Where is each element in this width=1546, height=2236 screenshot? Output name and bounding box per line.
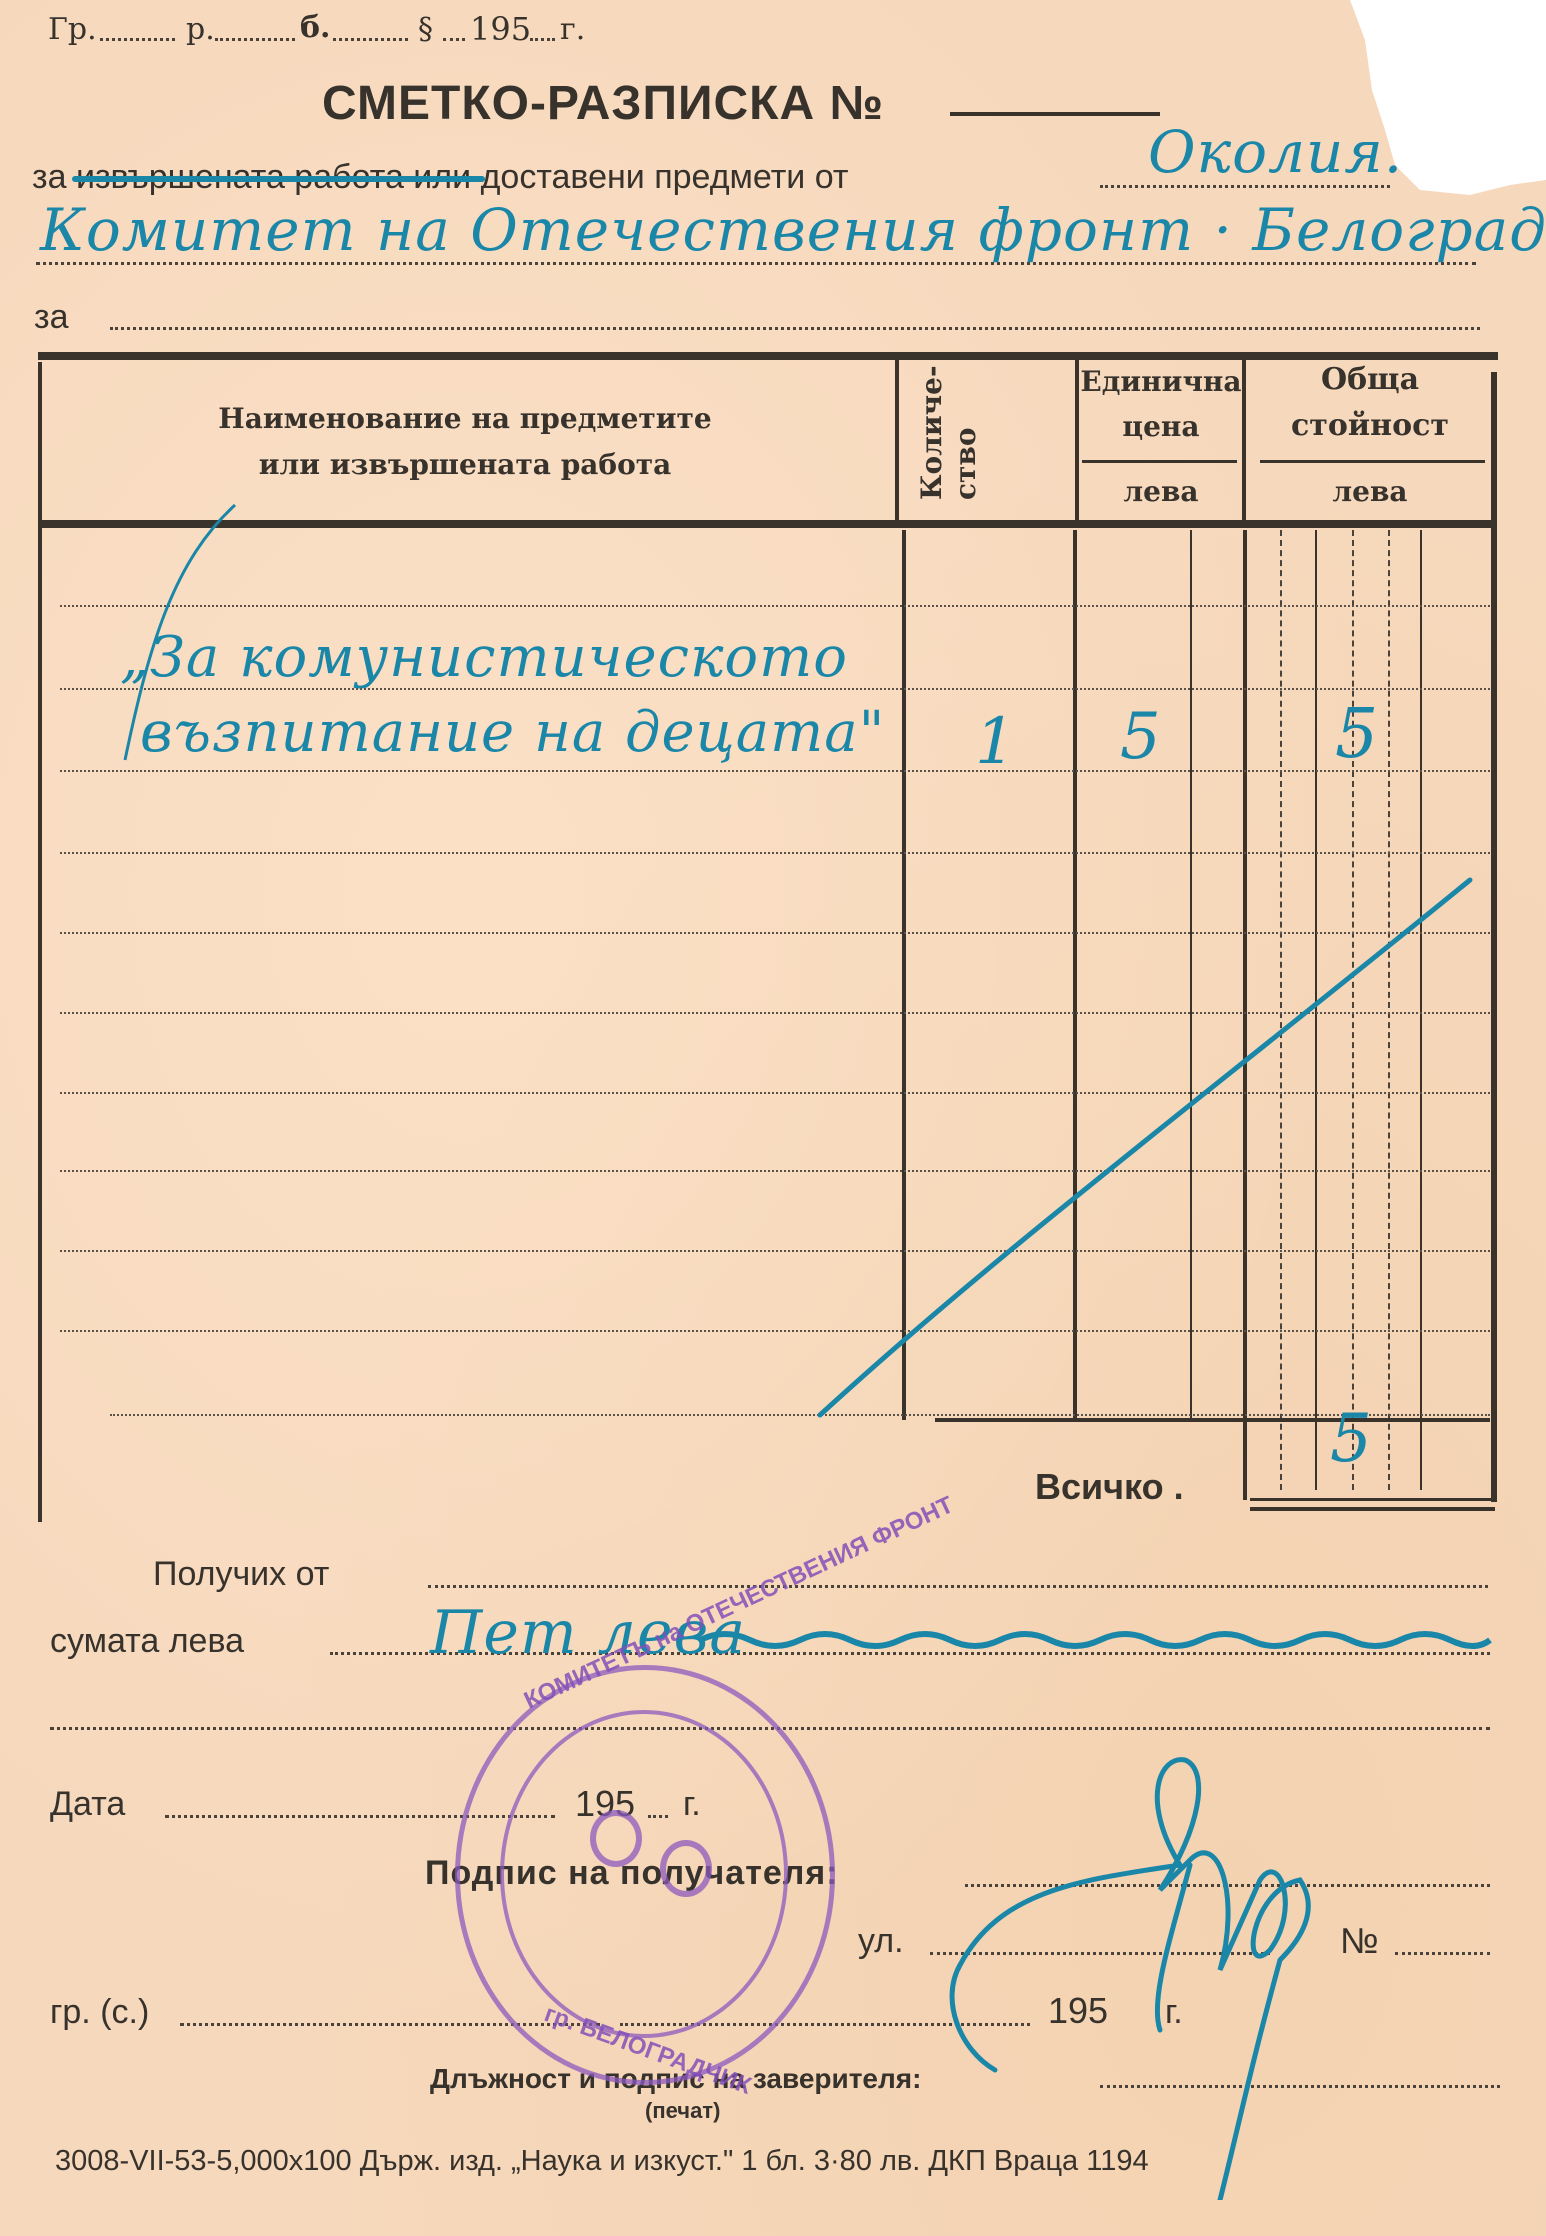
total-value: 5 <box>1330 1400 1373 1477</box>
total-line-1 <box>1250 1498 1495 1501</box>
received-from-field <box>428 1585 1488 1588</box>
paper-document: Гр. р. б. § 195 г. СМЕТКО-РАЗПИСКА № за … <box>0 0 1546 2236</box>
number-field <box>1395 1952 1490 1955</box>
official-stamp: КОМИТЕТЪ на ОТЕЧЕСТВЕНИЯ ФРОНТ гр. БЕЛОГ… <box>455 1665 835 2085</box>
city-label: гр. (с.) <box>50 1993 149 2032</box>
amount-wavy-line <box>700 1620 1540 1660</box>
total-label: Всичко . <box>1035 1466 1184 1508</box>
date-label: Дата <box>50 1785 125 1824</box>
stamp-inner-ring <box>500 1710 788 2038</box>
amount-label: сумата лева <box>50 1622 244 1661</box>
recipient-signature <box>920 1740 1320 2200</box>
received-from-label: Получих от <box>153 1555 329 1594</box>
number-label: № <box>1340 1920 1379 1962</box>
street-label: ул. <box>858 1922 904 1961</box>
stamp-emblem-left <box>590 1810 642 1867</box>
total-line-2 <box>1250 1507 1495 1511</box>
stamp-emblem-right <box>660 1840 712 1897</box>
seal-label: (печат) <box>645 2098 720 2124</box>
